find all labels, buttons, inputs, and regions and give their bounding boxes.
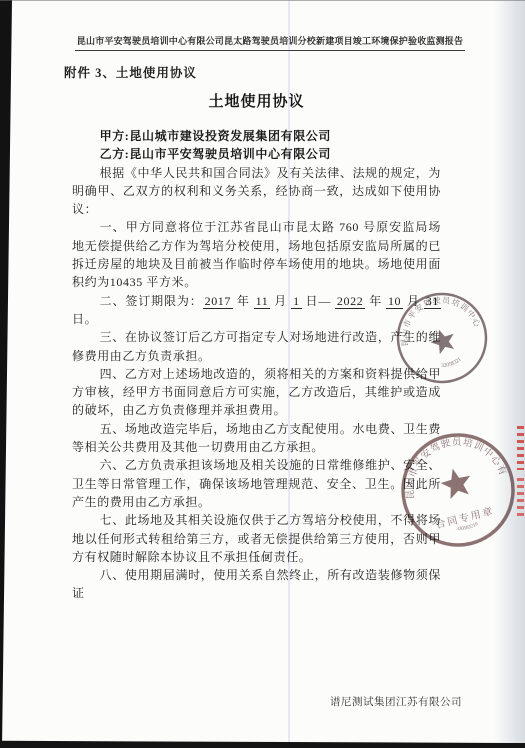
page-edge-bottom-black (0, 739, 525, 748)
scanned-document-page: 昆山市平安驾驶员培训中心有限公司昆太路驾驶员培训分校新建项目竣工环境保护验收监测… (0, 0, 525, 748)
red-edge-stamp-text (517, 478, 524, 516)
term-sep: 年 (233, 294, 254, 308)
term-start-day: 1 (291, 294, 302, 309)
document-title: 土地使用协议 (72, 90, 441, 111)
agreement-body: 甲方:昆山城市建设投资发展集团有限公司 乙方:昆山市平安驾驶员培训中心有限公司 … (72, 127, 441, 603)
page-number: 1/2 (0, 553, 525, 563)
term-sep: 年 (365, 294, 386, 308)
clause-8: 八、使用期届满时，使用关系自然终止，所有改造装修物须保证 (72, 566, 441, 603)
page-edge-top-line (0, 0, 525, 1)
page-edge-left-black (0, 0, 14, 748)
term-start-month: 11 (254, 294, 271, 309)
clause-1: 一、甲方同意将位于江苏省昆山市昆太路 760 号原安监局场地无偿提供给乙方作为驾… (72, 218, 441, 291)
clause-4: 四、乙方对上述场地改造的，须将相关的方案和资料提供给甲方审核，经甲方书面同意后方… (72, 365, 441, 420)
party-a-line: 甲方:昆山城市建设投资发展集团有限公司 (72, 127, 441, 145)
svg-text:32058321: 32058321 (439, 356, 463, 371)
party-b-line: 乙方:昆山市平安驾驶员培训中心有限公司 (72, 145, 441, 163)
term-end-year: 2022 (335, 294, 365, 309)
term-suffix: 日。 (72, 312, 97, 326)
clause-6: 六、乙方负责承担该场地及相关设施的日常维修维护、安全、卫生等日常管理工作，确保该… (72, 456, 441, 511)
page-edge-right-shadow (494, 0, 525, 748)
clause-3: 三、在协议签订后乙方可指定专人对场地进行改造，产生的维修费用由乙方负责承担。 (72, 328, 441, 365)
footer-company: 谱尼测试集团江苏有限公司 (330, 694, 470, 709)
term-dash: 日— (302, 294, 335, 308)
red-edge-stamp-text (517, 426, 524, 470)
intro-paragraph: 根据《中华人民共和国合同法》及有关法律、法规的规定，为明确甲、乙双方的权利和义务… (72, 164, 441, 219)
term-start-year: 2017 (203, 294, 233, 309)
seal-serial: 32058321 (439, 356, 463, 371)
term-prefix: 二、签订期限为： (100, 294, 203, 308)
seal-star-icon (438, 465, 474, 500)
seal-star-icon (427, 325, 458, 356)
attachment-label: 附件 3、土地使用协议 (64, 63, 197, 81)
term-sep: 月 (270, 294, 291, 308)
report-header: 昆山市平安驾驶员培训中心有限公司昆太路驾驶员培训分校新建项目竣工环境保护验收监测… (75, 34, 465, 47)
header-rule (75, 50, 465, 51)
